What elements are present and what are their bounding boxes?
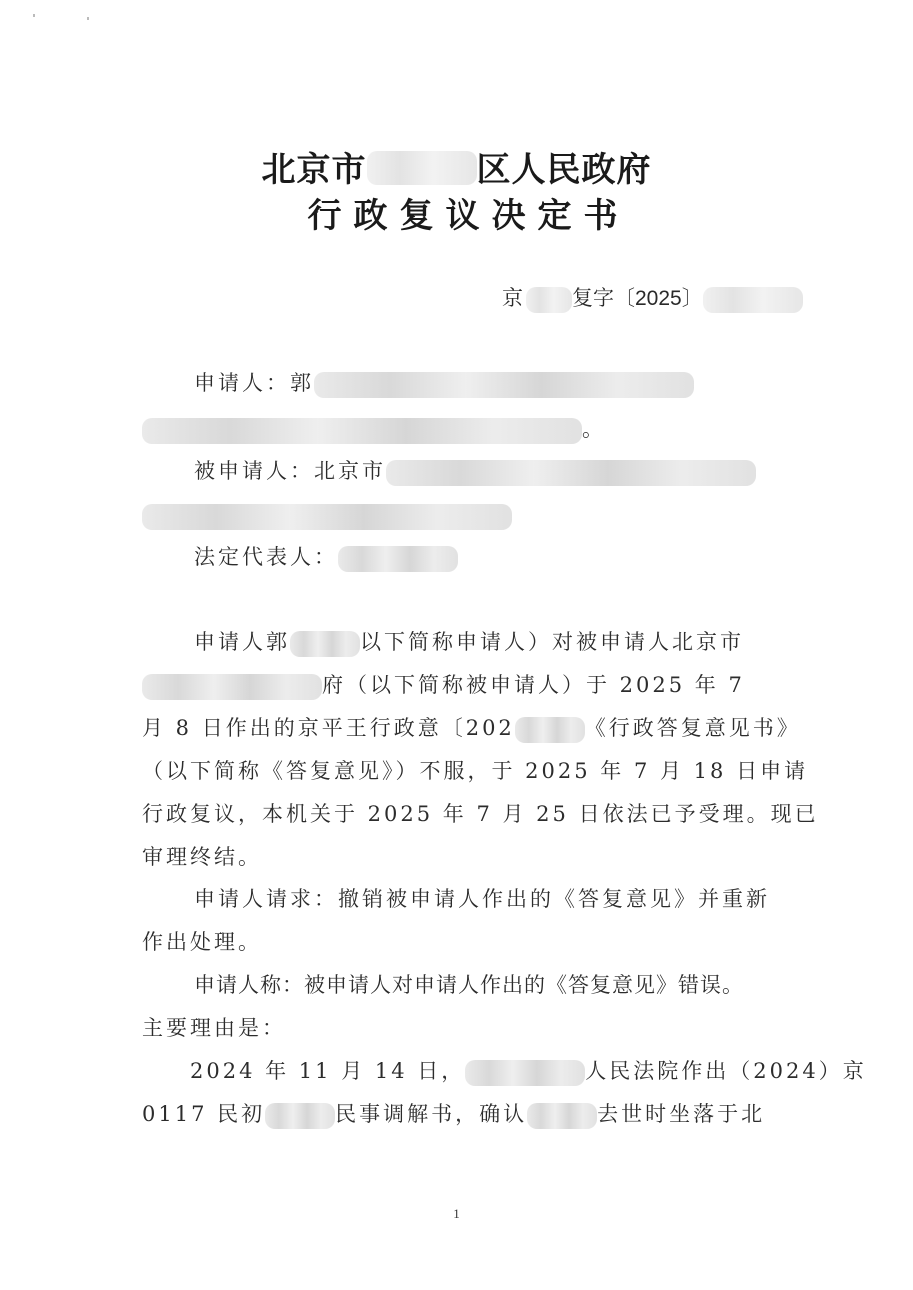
body-paragraph-line: 审理终结。	[142, 842, 782, 872]
page-number: 1	[0, 1206, 913, 1222]
redacted-text	[515, 717, 585, 743]
redacted-text	[386, 460, 756, 486]
body-paragraph-line: 月 8 日作出的京平王行政意〔202《行政答复意见书》	[142, 713, 782, 743]
redacted-text	[265, 1103, 335, 1129]
body-paragraph-line: 府（以下简称被申请人）于 2025 年 7	[142, 670, 782, 700]
claim-line: 主要理由是：	[142, 1013, 782, 1043]
redacted-district	[367, 151, 477, 185]
body-paragraph-line: 行政复议，本机关于 2025 年 7 月 25 日依法已予受理。现已	[142, 799, 782, 829]
redacted-text	[142, 418, 582, 444]
document-page: 北京市区人民政府 行政复议决定书 京复字〔2025〕 申请人：郭 。 被申请人：…	[0, 0, 913, 1290]
applicant-line: 申请人：郭	[142, 368, 782, 398]
redacted-text	[465, 1060, 585, 1086]
body-paragraph-line: （以下简称《答复意见》）不服，于 2025 年 7 月 18 日申请	[142, 756, 782, 786]
redacted-text	[142, 504, 512, 530]
request-line: 申请人请求：撤销被申请人作出的《答复意见》并重新	[142, 884, 782, 914]
redacted-text	[338, 546, 458, 572]
scan-speck	[87, 17, 89, 20]
redacted-text	[314, 372, 694, 398]
redacted-text	[526, 287, 572, 313]
respondent-line: 被申请人：北京市	[142, 456, 782, 486]
applicant-address-line: 。	[142, 414, 782, 444]
claim-line: 申请人称：被申请人对申请人作出的《答复意见》错误。	[142, 970, 782, 1000]
body-paragraph-line: 申请人郭以下简称申请人）对被申请人北京市	[142, 627, 782, 657]
respondent-address-line	[142, 500, 782, 530]
document-number: 京复字〔2025〕	[502, 282, 803, 313]
document-title-type: 行政复议决定书	[0, 188, 913, 237]
request-line: 作出处理。	[142, 927, 782, 957]
document-title-authority: 北京市区人民政府	[0, 142, 913, 191]
redacted-text	[142, 674, 322, 700]
redacted-text	[290, 631, 360, 657]
fact-line: 0117 民初民事调解书，确认去世时坐落于北	[142, 1099, 782, 1129]
scan-speck	[33, 14, 35, 17]
legal-rep-line: 法定代表人：	[142, 542, 782, 572]
fact-line: 2024 年 11 月 14 日，人民法院作出（2024）京	[142, 1056, 782, 1086]
redacted-text	[703, 287, 803, 313]
redacted-text	[527, 1103, 597, 1129]
